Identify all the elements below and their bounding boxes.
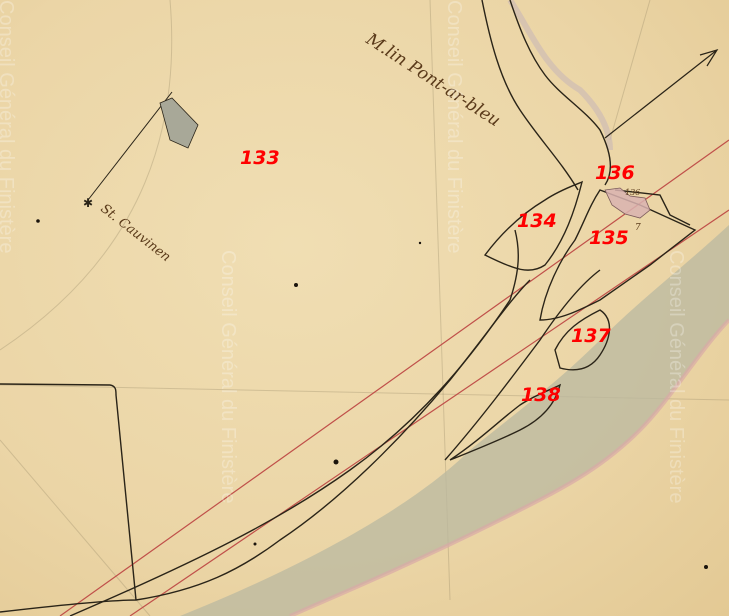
place-label-st-cauvinen: St. Cauvinen (98, 201, 174, 265)
parcel-number-137[interactable]: 137 (571, 325, 611, 347)
parcel-number-135[interactable]: 135 (589, 227, 629, 249)
star-icon: ✱ (83, 196, 93, 210)
pencil-construction-lines (0, 0, 729, 616)
place-label-moulin: M.lin Pont-ar-bleu (361, 29, 503, 131)
small-label-7: 7 (635, 223, 641, 233)
north-arrow-icon (605, 50, 717, 138)
watermark: Conseil Général du Finistère (0, 0, 17, 253)
parcel-number-133[interactable]: 133 (240, 147, 280, 169)
parcel-number-134[interactable]: 134 (517, 210, 557, 232)
parcel-number-136[interactable]: 136 (595, 162, 635, 184)
cadastral-map: ✱ M.lin Pont-ar-bleu St. Cauvinen 136 7 … (0, 0, 729, 616)
small-label-136: 136 (625, 188, 640, 197)
map-canvas: ✱ M.lin Pont-ar-bleu St. Cauvinen 136 7 … (0, 0, 729, 616)
parcel-boundaries (0, 0, 695, 616)
upper-stream (510, 0, 610, 150)
watermark: Conseil Général du Finistère (665, 250, 687, 503)
parcel-number-138[interactable]: 138 (521, 384, 561, 406)
watermark: Conseil Général du Finistère (443, 0, 465, 253)
watermark: Conseil Général du Finistère (217, 250, 239, 503)
